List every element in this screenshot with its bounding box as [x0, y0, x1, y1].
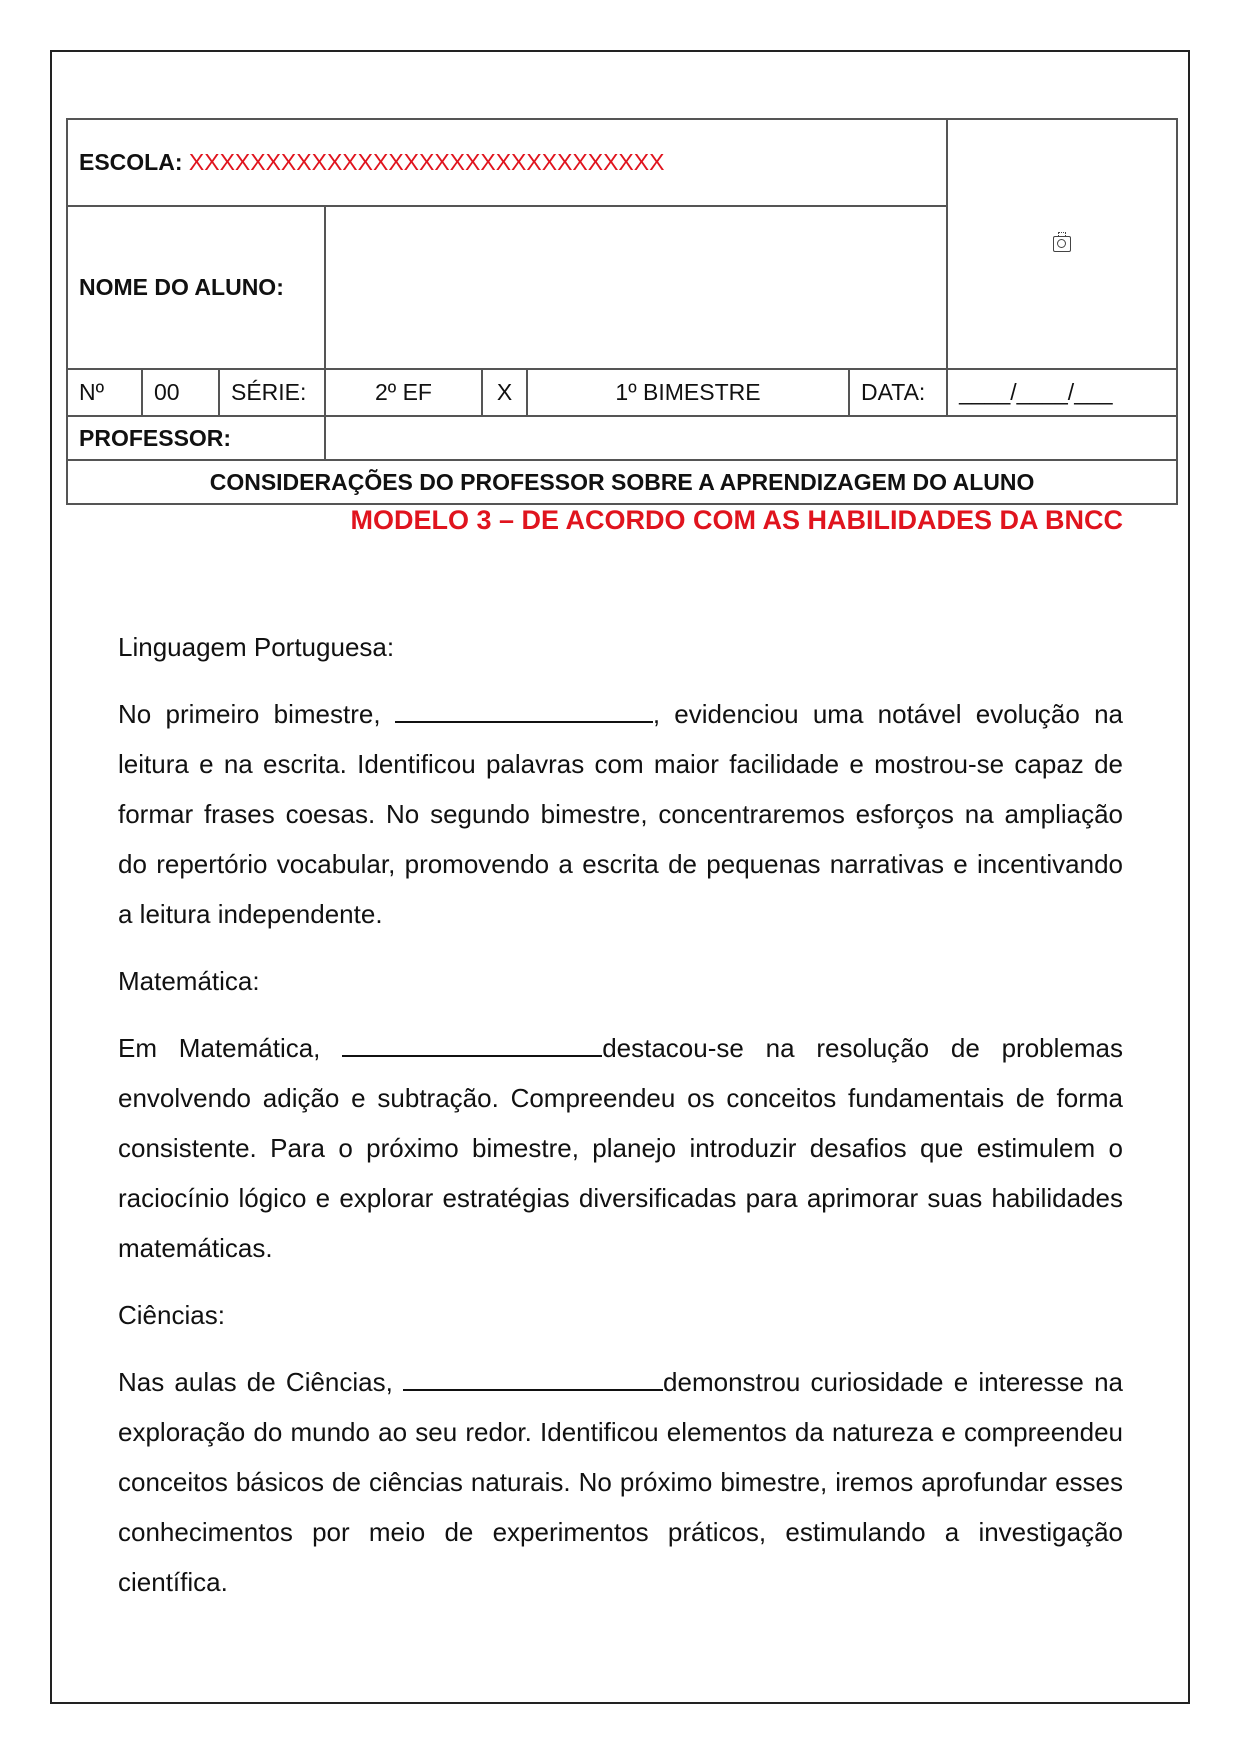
student-name-blank[interactable]: [342, 1035, 602, 1057]
numero-label: Nº: [67, 369, 142, 416]
text-after-blank: destacou-se na resolução de problemas en…: [118, 1033, 1123, 1263]
text-after-blank: , evidenciou uma notável evolução na lei…: [118, 699, 1123, 929]
logo-cell: [947, 119, 1177, 369]
turma-value[interactable]: X: [482, 369, 527, 416]
section-text-portugues: No primeiro bimestre, , evidenciou uma n…: [118, 689, 1123, 939]
student-name-blank[interactable]: [395, 701, 653, 723]
bimestre-value[interactable]: 1º BIMESTRE: [527, 369, 849, 416]
section-text-matematica: Em Matemática, destacou-se na resolução …: [118, 1023, 1123, 1273]
serie-label: SÉRIE:: [219, 369, 325, 416]
professor-field[interactable]: [325, 416, 1177, 460]
escola-value[interactable]: XXXXXXXXXXXXXXXXXXXXXXXXXXXXXXX: [189, 149, 665, 175]
professor-label: PROFESSOR:: [67, 416, 325, 460]
escola-label: ESCOLA:: [79, 149, 183, 175]
section-title-ciencias: Ciências:: [118, 1290, 1123, 1340]
numero-value[interactable]: 00: [142, 369, 219, 416]
section-text-ciencias: Nas aulas de Ciências, demonstrou curios…: [118, 1357, 1123, 1607]
assessment-body: Linguagem Portuguesa: No primeiro bimest…: [118, 622, 1123, 1624]
text-after-blank: demonstrou curiosidade e interesse na ex…: [118, 1367, 1123, 1597]
nome-label: NOME DO ALUNO:: [67, 206, 325, 369]
text-before-blank: Em Matemática,: [118, 1033, 342, 1063]
student-name-blank[interactable]: [403, 1369, 663, 1391]
consideracoes-heading: CONSIDERAÇÕES DO PROFESSOR SOBRE A APREN…: [67, 460, 1177, 504]
school-crest-icon: [1053, 236, 1071, 252]
nome-field[interactable]: [325, 206, 947, 369]
text-before-blank: No primeiro bimestre,: [118, 699, 395, 729]
serie-value[interactable]: 2º EF: [325, 369, 482, 416]
section-title-portugues: Linguagem Portuguesa:: [118, 622, 1123, 672]
data-label: DATA:: [849, 369, 947, 416]
text-before-blank: Nas aulas de Ciências,: [118, 1367, 403, 1397]
section-title-matematica: Matemática:: [118, 956, 1123, 1006]
student-header-table: ESCOLA: XXXXXXXXXXXXXXXXXXXXXXXXXXXXXXX …: [66, 118, 1178, 505]
modelo-title: MODELO 3 – DE ACORDO COM AS HABILIDADES …: [118, 505, 1123, 536]
data-value[interactable]: ____/____/___: [947, 369, 1177, 416]
escola-cell: ESCOLA: XXXXXXXXXXXXXXXXXXXXXXXXXXXXXXX: [67, 119, 947, 206]
